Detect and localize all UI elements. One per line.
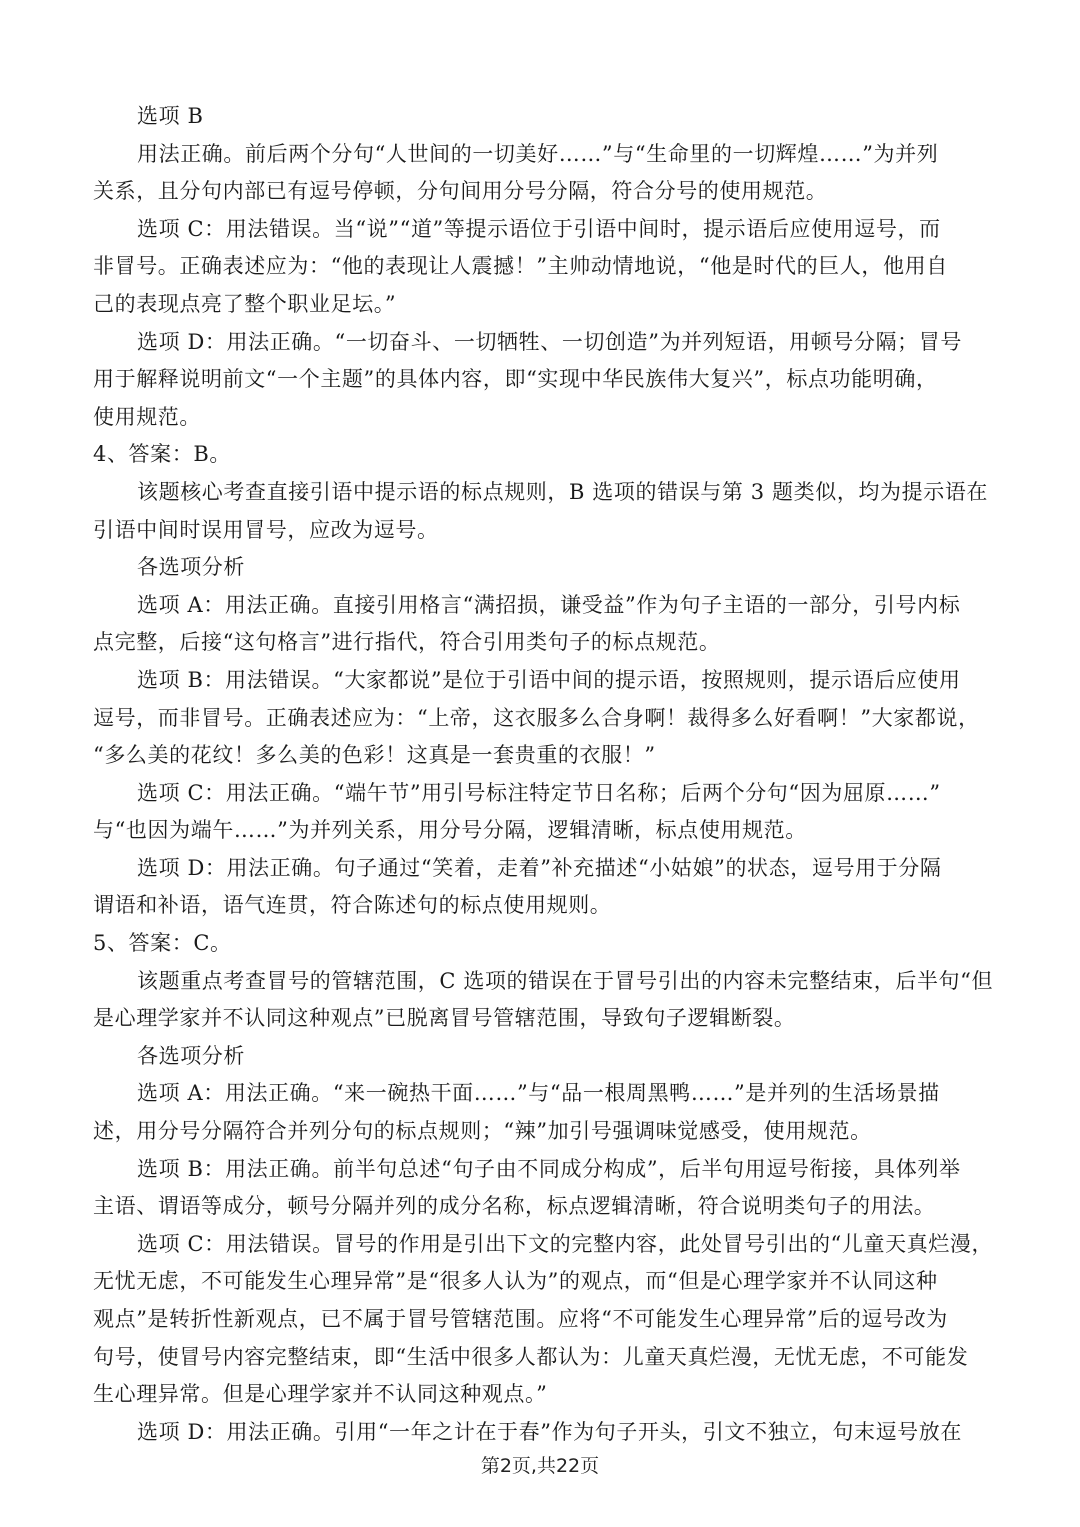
options-analysis-heading: 各选项分析 xyxy=(93,1038,989,1076)
paragraph-line: 生心理异常。但是心理学家并不认同这种观点。” xyxy=(93,1376,989,1414)
paragraph-line: 无忧无虑，不可能发生心理异常”是“很多人认为”的观点，而“但是心理学家并不认同这… xyxy=(93,1263,989,1301)
paragraph-line: 述，用分号分隔符合并列分句的标点规则；“辣”加引号强调味觉感受，使用规范。 xyxy=(93,1113,989,1151)
option-c-paragraph: 选项 C：用法错误。冒号的作用是引出下文的完整内容，此处冒号引出的“儿童天真烂漫… xyxy=(93,1226,989,1264)
paragraph-line: 非冒号。正确表述应为：“他的表现让人震撼！”主帅动情地说，“他是时代的巨人，他用… xyxy=(93,248,989,286)
option-d-paragraph: 选项 D：用法正确。引用“一年之计在于春”作为句子开头，引文不独立，句末逗号放在 xyxy=(93,1414,989,1452)
paragraph-line: 逗号，而非冒号。正确表述应为：“上帝，这衣服多么合身啊！裁得多么好看啊！”大家都… xyxy=(93,700,989,738)
paragraph-line: 用法正确。前后两个分句“人世间的一切美好……”与“生命里的一切辉煌……”为并列 xyxy=(93,136,989,174)
paragraph-line: “多么美的花纹！多么美的色彩！这真是一套贵重的衣服！” xyxy=(93,737,989,775)
paragraph-line: 句号，使冒号内容完整结束，即“生活中很多人都认为：儿童天真烂漫，无忧无虑，不可能… xyxy=(93,1339,989,1377)
paragraph-line: 使用规范。 xyxy=(93,399,989,437)
paragraph-line: 用于解释说明前文“一个主题”的具体内容，即“实现中华民族伟大复兴”，标点功能明确… xyxy=(93,361,989,399)
paragraph-line: 与“也因为端午……”为并列关系，用分号分隔，逻辑清晰，标点使用规范。 xyxy=(93,812,989,850)
option-b-heading: 选项 B xyxy=(93,98,989,136)
answer-4-summary: 该题核心考查直接引语中提示语的标点规则，B 选项的错误与第 3 题类似，均为提示… xyxy=(93,474,989,512)
paragraph-line: 关系，且分句内部已有逗号停顿，分句间用分号分隔，符合分号的使用规范。 xyxy=(93,173,989,211)
option-d-paragraph: 选项 D：用法正确。“一切奋斗、一切牺牲、一切创造”为并列短语，用顿号分隔；冒号 xyxy=(93,324,989,362)
paragraph-line: 观点”是转折性新观点，已不属于冒号管辖范围。应将“不可能发生心理异常”后的逗号改… xyxy=(93,1301,989,1339)
answer-5-heading: 5、答案：C。 xyxy=(93,925,989,963)
option-b-paragraph: 选项 B：用法正确。前半句总述“句子由不同成分构成”，后半句用逗号衔接，具体列举 xyxy=(93,1151,989,1189)
paragraph-line: 谓语和补语，语气连贯，符合陈述句的标点使用规则。 xyxy=(93,887,989,925)
option-a-paragraph: 选项 A：用法正确。直接引用格言“满招损，谦受益”作为句子主语的一部分，引号内标 xyxy=(93,587,989,625)
answer-4-heading: 4、答案：B。 xyxy=(93,436,989,474)
document-body: 选项 B 用法正确。前后两个分句“人世间的一切美好……”与“生命里的一切辉煌……… xyxy=(93,98,989,1451)
option-c-paragraph: 选项 C：用法错误。当“说”“道”等提示语位于引语中间时，提示语后应使用逗号，而 xyxy=(93,211,989,249)
options-analysis-heading: 各选项分析 xyxy=(93,549,989,587)
option-b-paragraph: 选项 B：用法错误。“大家都说”是位于引语中间的提示语，按照规则，提示语后应使用 xyxy=(93,662,989,700)
paragraph-line: 主语、谓语等成分，顿号分隔并列的成分名称，标点逻辑清晰，符合说明类句子的用法。 xyxy=(93,1188,989,1226)
option-d-paragraph: 选项 D：用法正确。句子通过“笑着，走着”补充描述“小姑娘”的状态，逗号用于分隔 xyxy=(93,850,989,888)
paragraph-line: 是心理学家并不认同这种观点”已脱离冒号管辖范围，导致句子逻辑断裂。 xyxy=(93,1000,989,1038)
paragraph-line: 己的表现点亮了整个职业足坛。” xyxy=(93,286,989,324)
option-a-paragraph: 选项 A：用法正确。“来一碗热干面……”与“品一根周黑鸭……”是并列的生活场景描 xyxy=(93,1075,989,1113)
paragraph-line: 点完整，后接“这句格言”进行指代，符合引用类句子的标点规范。 xyxy=(93,624,989,662)
page-number: 第2页,共22页 xyxy=(0,1451,1080,1478)
option-c-paragraph: 选项 C：用法正确。“端午节”用引号标注特定节日名称；后两个分句“因为屈原……” xyxy=(93,775,989,813)
paragraph-line: 引语中间时误用冒号，应改为逗号。 xyxy=(93,512,989,550)
answer-5-summary: 该题重点考查冒号的管辖范围，C 选项的错误在于冒号引出的内容未完整结束，后半句“… xyxy=(93,963,989,1001)
